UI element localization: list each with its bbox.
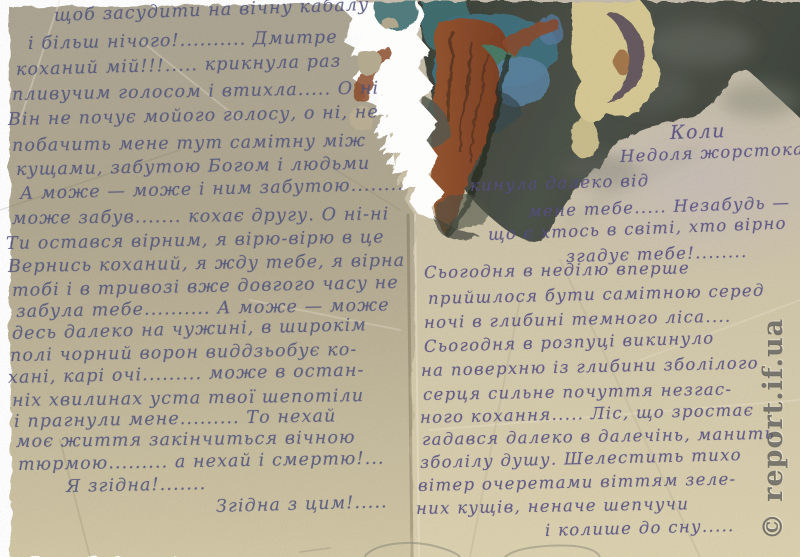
letter-artwork — [0, 0, 800, 557]
watermark: © report.if.ua — [758, 299, 788, 557]
letter-scan: щоб засудити на вічну кабалу і більш ніч… — [0, 0, 800, 557]
